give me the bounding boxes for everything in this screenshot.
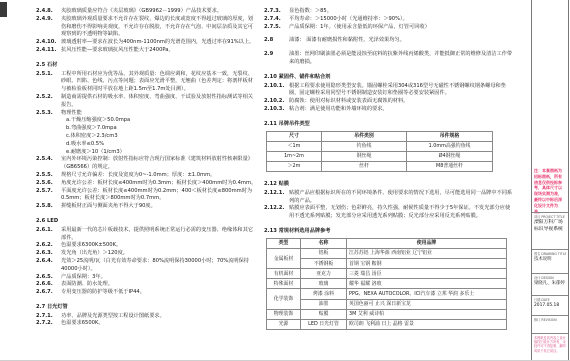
item-number: 2.5.6. xyxy=(36,180,61,188)
section-heading: 2.11 吊牌吊件类型 xyxy=(264,121,514,129)
tender-note: 注：本套图纸为招标图纸，所有信息仅供投标参考，具体尺寸以现场实测为准，最终以中标… xyxy=(534,168,565,214)
spacer xyxy=(36,211,258,217)
spec-item-2.5.7: 2.5.7.平面度允许公差：板材长度≤400mm时为0.2mm；400＜板材长度… xyxy=(36,188,258,204)
spec-item-2.10.3: 2.10.3.粘合剂：满足使用功能和外墙环境的要求。 xyxy=(264,106,514,114)
item-text: 玻璃透射率—要求在波长为400nm-1100nm的光谱范围内，光透过率在91%以… xyxy=(61,39,258,47)
item-text: 平均寿命：＞15000小时（光通维持率：＞90%）。 xyxy=(289,16,514,24)
table-cell: 丝杆 xyxy=(322,161,407,171)
spec-item-2.5.1: 2.5.1.工程中所用石材应为优等品，其外观质量：色调应调和，花纹应基本一致，无… xyxy=(36,71,258,94)
table-cell: 贴膜 xyxy=(301,309,347,319)
table-cell: 亚克力 xyxy=(301,269,347,279)
spec-item-2.6.6: 2.6.6.表面防潮、防水处理。 xyxy=(36,281,258,289)
item-number: 2.4.10. xyxy=(36,39,61,47)
table-cell: 江苏苏铝 上海华源 西南铝业 辽宁铝业 xyxy=(347,248,507,258)
item-number: 2.12.1. xyxy=(264,190,289,198)
item-text: 根据工程要求使用隐形类型安装。锚固螺栓采用304或316型号无磁性不锈钢螺纹钢条… xyxy=(289,83,514,99)
table-cell: 光源 xyxy=(267,319,301,329)
section-heading: 2.6 LED xyxy=(36,218,258,226)
item-number: 2.6.4. xyxy=(36,258,61,266)
item-number: 2.4.8. xyxy=(36,8,61,16)
item-number: 2.7.2. xyxy=(36,320,61,328)
drawing-title-cell: 图名 DRAWING TITLE 技术说明 xyxy=(532,249,568,275)
table-cell: 金属板材 xyxy=(267,248,301,268)
table-row: 不锈钢板首钢 宝钢 鞍钢 xyxy=(267,259,507,269)
item-number: 2.5.1. xyxy=(36,71,61,79)
item-text: 夹胶玻璃外观质量要求不允许存在裂纹，爆边的长度或宽度不得超过玻璃的厚度，划伤和磨… xyxy=(61,16,258,39)
spec-item-2.5.5: 2.5.5.规格尺寸允许偏差：长度及宽度为0~-1.0mm；厚度：±1.0mm。 xyxy=(36,172,258,180)
section-heading: 2.5 石材 xyxy=(36,62,258,70)
spec-item-2.6.7: 2.6.7.专用变压器的防护等级不低于IP44。 xyxy=(36,289,258,297)
spec-item-2.7.5: 2.7.5.产品质保期：1年。（使用汞含量低的环保产品，灯管可回收） xyxy=(264,24,514,32)
table-cell: LED 日光灯管 xyxy=(301,319,347,329)
sub-item: c.体积密度＞2.3/cm3 xyxy=(36,133,258,141)
right-column: 2.7.3.显色指数：＞85。2.7.4.平均寿命：＞15000小时（光通维持率… xyxy=(264,8,514,332)
item-text: 防腐蚀：使用对标识材料或安装表面无腐蚀的材料。 xyxy=(289,98,514,106)
item-text: 拼缝板材正面与侧面夹角不得大于90度。 xyxy=(61,203,258,211)
item-text: 贴膜产品应根据标识所在的不同环境条件、使用要求的情况下选用，尽可能选用同一品牌中… xyxy=(289,190,514,206)
table-row: 金属板材铝板江苏苏铝 上海华源 西南铝业 辽宁铝业 xyxy=(267,248,507,258)
table-row: ＞2m丝杆M8普通丝杆 xyxy=(267,161,493,171)
column-header: 类型 xyxy=(267,238,301,248)
table-cell: 有机面材 xyxy=(267,269,301,279)
table-cell: 首钢 宝钢 鞍钢 xyxy=(347,259,507,269)
table-cell: 烤漆 涂料 xyxy=(301,289,347,299)
sub-item: d.吸水率≤0.5% xyxy=(36,141,258,149)
designers: 梁晓凡、朱郁婷 xyxy=(534,281,566,287)
column-header: 吊件类别 xyxy=(322,131,407,141)
spec-item-2.7.3: 2.7.3.显色指数：＞85。 xyxy=(264,8,514,16)
spacer xyxy=(264,114,514,120)
spec-item-2.7.2: 2.7.2.色温要求6500K。 xyxy=(36,320,258,328)
item-number: 2.5.2. xyxy=(36,94,61,102)
date-cell: 日期 DATE 2017.05.18 xyxy=(532,295,568,317)
table-cell: 物理装饰 xyxy=(267,309,301,319)
spacer xyxy=(264,221,514,227)
item-text: 工程中所用石材应为优等品，其外观质量：色调应调和，花纹应基本一致，无裂纹、砂眼、… xyxy=(61,71,258,94)
project-title-cell: 项目 PROJECT TITLE 溧阳万科广场 标识导视系统 xyxy=(532,212,568,251)
spec-item-2.5.2: 2.5.2.制造商需提供石材的吸水率、体积密度、弯曲强度、干试验及放射性指标测试… xyxy=(36,94,258,110)
item-text: 角度允许公差：板材长度≤400mm时为0.3mm；板材长度＞400mm时为0.4… xyxy=(61,180,258,188)
spec-item-2.6.1: 2.6.1.采用最新一代的芯片板载技术，提供照明系统正常运行必需的变压器、绝缘体… xyxy=(36,227,258,243)
item-number: 2.8 xyxy=(264,37,289,45)
table-cell: M8普通丝杆 xyxy=(407,161,493,171)
column-header: 吊件规格 xyxy=(407,131,493,141)
brand-table: 类型名称使用品牌金属板材铝板江苏苏铝 上海华源 西南铝业 辽宁铝业不锈钢板首钢 … xyxy=(266,238,507,330)
spec-item-2.5.4: 2.5.4.室内外环境污染控制：放射性指标应符合现行国家标准《建筑材料放射性核素… xyxy=(36,156,258,172)
table-cell: 特殊面材 xyxy=(267,279,301,289)
spacer xyxy=(36,297,258,303)
item-number: 2.6.2. xyxy=(36,242,61,250)
revision-label: 修订 REVISION xyxy=(534,317,566,322)
spec-item-2.6.4: 2.6.4.光效＞25流明/瓦（白光有效寿命要求：80%流明保持30000小时；… xyxy=(36,258,258,274)
table-cell: 3M 艾利 威诗柏 xyxy=(347,309,507,319)
table-cell: 玻璃 xyxy=(301,279,347,289)
sheet-corner-mark xyxy=(0,2,7,17)
table-row: 化学装饰烤漆 涂料PPG、NEXA AUTOCOLOR、ICI汽车漆 立邦 华润… xyxy=(267,289,507,299)
item-text: 贴膜应表面平整，无划伤；色彩鲜亮，持久性强，耐候性质量不得少于5年保证。不发光部… xyxy=(289,205,514,221)
item-number: 2.4.11. xyxy=(36,47,61,55)
spec-item-2.9: 2.9油墨：丝网印刷油墨必须是能浸蚀至底料的抗紫外线丙烯酸类，并能抵御正常的维修… xyxy=(264,51,514,67)
item-text: 产品质保期：1年。（使用汞含量低的环保产品，灯管可回收） xyxy=(289,24,514,32)
sub-item: a.干燥压缩强度＞50.0mpa xyxy=(36,117,258,125)
spec-item-2.4.8: 2.4.8.夹胶玻璃质量应符合《夹层玻璃》（GB9962－1999）产品技术要求… xyxy=(36,8,258,16)
item-text: 发光角（出光角）＞120度。 xyxy=(61,250,258,258)
spec-item-2.5.8: 2.5.8.拼缝板材正面与侧面夹角不得大于90度。 xyxy=(36,203,258,211)
section-heading: 2.12 贴膜 xyxy=(264,181,514,189)
hanger-table: 尺寸吊件类别吊件规格＜1m钓鱼线1.0mm高强钓鱼线1m~2m钢丝绳Ø4钢丝绳＞… xyxy=(266,131,493,173)
item-number: 2.6.5. xyxy=(36,274,61,282)
table-row: 光源LED 日光灯管欧司朗 飞利浦 日上 晶格 雷景 xyxy=(267,319,507,329)
column-header: 使用品牌 xyxy=(347,238,507,248)
drawing-label: 图名 DRAWING TITLE xyxy=(534,251,566,256)
item-number: 2.6.6. xyxy=(36,281,61,289)
item-text: 专用变压器的防护等级不低于IP44。 xyxy=(61,289,258,297)
item-text: 显色指数：＞85。 xyxy=(289,8,514,16)
spec-item-2.8: 2.8油漆： 面漆有耐磨损性和黏附性，光泽效果均匀。 xyxy=(264,37,514,45)
left-column: 2.4.8.夹胶玻璃质量应符合《夹层玻璃》（GB9962－1999）产品技术要求… xyxy=(36,8,258,328)
item-number: 2.10.2. xyxy=(264,98,289,106)
table-cell: 钓鱼线 xyxy=(322,141,407,151)
column-header: 名称 xyxy=(301,238,347,248)
copyright-note: 本图纸及其内容之设计版权归设计方所有，未经许可不得复制、翻印或用于其它项目。 xyxy=(532,333,568,360)
spec-item-2.5.6: 2.5.6.角度允许公差：板材长度≤400mm时为0.3mm；板材长度＞400m… xyxy=(36,180,258,188)
item-text: 色温要求6300K±500K。 xyxy=(61,242,258,250)
date-label: 日期 DATE xyxy=(534,297,566,302)
item-text: 色温要求6500K。 xyxy=(61,320,258,328)
item-number: 2.10.1. xyxy=(264,83,289,91)
table-row: 特殊面材玻璃耀华 福耀 洛玻 xyxy=(267,279,507,289)
spec-item-2.10.1: 2.10.1.根据工程要求使用隐形类型安装。锚固螺栓采用304或316型号无磁性… xyxy=(264,83,514,99)
item-number: 2.5.3. xyxy=(36,110,61,118)
table-cell: Ø4钢丝绳 xyxy=(407,151,493,161)
spec-item-2.6.3: 2.6.3.发光角（出光角）＞120度。 xyxy=(36,250,258,258)
item-text: 光效＞25流明/瓦（白光有效寿命要求：80%流明保持30000小时；70%流明保… xyxy=(61,258,258,274)
spec-item-2.7.4: 2.7.4.平均寿命：＞15000小时（光通维持率：＞90%）。 xyxy=(264,16,514,24)
design-label: 设计 DESIGN xyxy=(534,275,566,280)
item-number: 2.6.1. xyxy=(36,227,61,235)
table-cell: 钢丝绳 xyxy=(322,151,407,161)
item-text: 夹胶玻璃质量应符合《夹层玻璃》（GB9962－1999）产品技术要求。 xyxy=(61,8,258,16)
item-number: 2.9 xyxy=(264,51,289,59)
section-heading: 2.10 紧固件、锚件和粘合剂 xyxy=(264,74,514,82)
table-cell: 不锈钢板 xyxy=(301,259,347,269)
spacer xyxy=(264,174,514,180)
item-text: 抗风压性能—要求玻璃抗风压性能大于2400Pa。 xyxy=(61,47,258,55)
table-row: 油墨英国色丽可 止兴 深日新宝龙 xyxy=(267,299,507,309)
spec-item-2.12.1: 2.12.1.贴膜产品应根据标识所在的不同环境条件、使用要求的情况下选用，尽可能… xyxy=(264,190,514,206)
project-name-line1: 溧阳万科广场 xyxy=(534,220,566,226)
item-text: 粘合剂：满足使用功能和外墙环境的要求。 xyxy=(289,106,514,114)
drawing-title: 技术说明 xyxy=(534,257,566,263)
table-cell: 欧司朗 飞利浦 日上 晶格 雷景 xyxy=(347,319,507,329)
spec-item-2.4.10: 2.4.10.玻璃透射率—要求在波长为400nm-1100nm的光谱范围内，光透… xyxy=(36,39,258,47)
table-cell: 耀华 福耀 洛玻 xyxy=(347,279,507,289)
item-text: 室内外环境污染控制：放射性指标应符合现行国家标准《建筑材料放射性核素限量》（GB… xyxy=(61,156,258,172)
item-text: 平面度允许公差：板材长度≤400mm时为0.2mm；400＜板材长度≤800mm… xyxy=(61,188,258,204)
table-cell: 铝板 xyxy=(301,248,347,258)
item-text: 采用最新一代的芯片板载技术，提供照明系统正常运行必需的变压器、绝缘体和其它部件。 xyxy=(61,227,258,243)
table-row: 有机面材亚克力三菱 瑞昌 汤臣 xyxy=(267,269,507,279)
item-number: 2.12.2. xyxy=(264,205,289,213)
table-cell: ＜1m xyxy=(267,141,322,151)
table-cell: 化学装饰 xyxy=(267,289,301,309)
item-text: 表面防潮、防水处理。 xyxy=(61,281,258,289)
design-cell: 设计 DESIGN 梁晓凡、朱郁婷 xyxy=(532,273,568,297)
spec-item-2.10.2: 2.10.2.防腐蚀：使用对标识材料或安装表面无腐蚀的材料。 xyxy=(264,98,514,106)
date-value: 2017.05.18 xyxy=(534,303,566,309)
spacer xyxy=(36,55,258,61)
item-number: 2.5.4. xyxy=(36,156,61,164)
item-number: 2.5.7. xyxy=(36,188,61,196)
item-number: 2.10.3. xyxy=(264,106,289,114)
item-number: 2.7.5. xyxy=(264,24,289,32)
spec-item-2.4.9: 2.4.9.夹胶玻璃外观质量要求不允许存在裂纹，爆边的长度或宽度不得超过玻璃的厚… xyxy=(36,16,258,39)
section-heading: 2.7 日光灯管 xyxy=(36,304,258,312)
table-cell: 1m~2m xyxy=(267,151,322,161)
table-cell: PPG、NEXA AUTOCOLOR、ICI汽车漆 立邦 华润 多乐士 xyxy=(347,289,507,299)
table-row: 物理装饰贴膜3M 艾利 威诗柏 xyxy=(267,309,507,319)
item-text: 规格尺寸允许偏差：长度及宽度为0~-1.0mm；厚度：±1.0mm。 xyxy=(61,172,258,180)
sub-item: b.弯曲强度＞7.0mpa xyxy=(36,125,258,133)
table-cell: ＞2m xyxy=(267,161,322,171)
column-header: 尺寸 xyxy=(267,131,322,141)
table-row: 1m~2m钢丝绳Ø4钢丝绳 xyxy=(267,151,493,161)
table-row: ＜1m钓鱼线1.0mm高强钓鱼线 xyxy=(267,141,493,151)
item-number: 2.7.3. xyxy=(264,8,289,16)
spec-item-2.6.2: 2.6.2.色温要求6300K±500K。 xyxy=(36,242,258,250)
item-text: 制造商需提供石材的吸水率、体积密度、弯曲强度、干试验及放射性指标测试等相关报告。 xyxy=(61,94,258,110)
item-number: 2.5.5. xyxy=(36,172,61,180)
project-label: 项目 PROJECT TITLE xyxy=(534,214,566,219)
spacer xyxy=(264,67,514,73)
item-text: 油漆： 面漆有耐磨损性和黏附性，光泽效果均匀。 xyxy=(289,37,514,45)
revision-cell: 修订 REVISION xyxy=(532,315,568,335)
spec-item-2.12.2: 2.12.2.贴膜应表面平整，无划伤；色彩鲜亮，持久性强，耐候性质量不得少于5年… xyxy=(264,205,514,221)
table-cell: 油墨 xyxy=(301,299,347,309)
item-number: 2.6.3. xyxy=(36,250,61,258)
project-name-line2: 标识导视系统 xyxy=(534,227,566,233)
item-text: 油墨：丝网印刷油墨必须是能浸蚀至底料的抗紫外线丙烯酸类，并能抵御正常的维修及清洁… xyxy=(289,51,514,67)
title-block: 注：本套图纸为招标图纸，所有信息仅供投标参考，具体尺寸以现场实测为准，最终以中标… xyxy=(531,0,569,360)
table-cell: 三菱 瑞昌 汤臣 xyxy=(347,269,507,279)
table-cell: 1.0mm高强钓鱼线 xyxy=(407,141,493,151)
item-number: 2.4.9. xyxy=(36,16,61,24)
spec-sheet-page: 2.4.8.夹胶玻璃质量应符合《夹层玻璃》（GB9962－1999）产品技术要求… xyxy=(0,0,570,361)
table-cell: 英国色丽可 止兴 深日新宝龙 xyxy=(347,299,507,309)
item-number: 2.5.8. xyxy=(36,203,61,211)
section-heading: 2.13 常规材料选用品牌参考 xyxy=(264,228,514,236)
item-number: 2.7.1. xyxy=(36,313,61,321)
spec-item-2.4.11: 2.4.11.抗风压性能—要求玻璃抗风压性能大于2400Pa。 xyxy=(36,47,258,55)
item-number: 2.7.4. xyxy=(264,16,289,24)
item-number: 2.6.7. xyxy=(36,289,61,297)
